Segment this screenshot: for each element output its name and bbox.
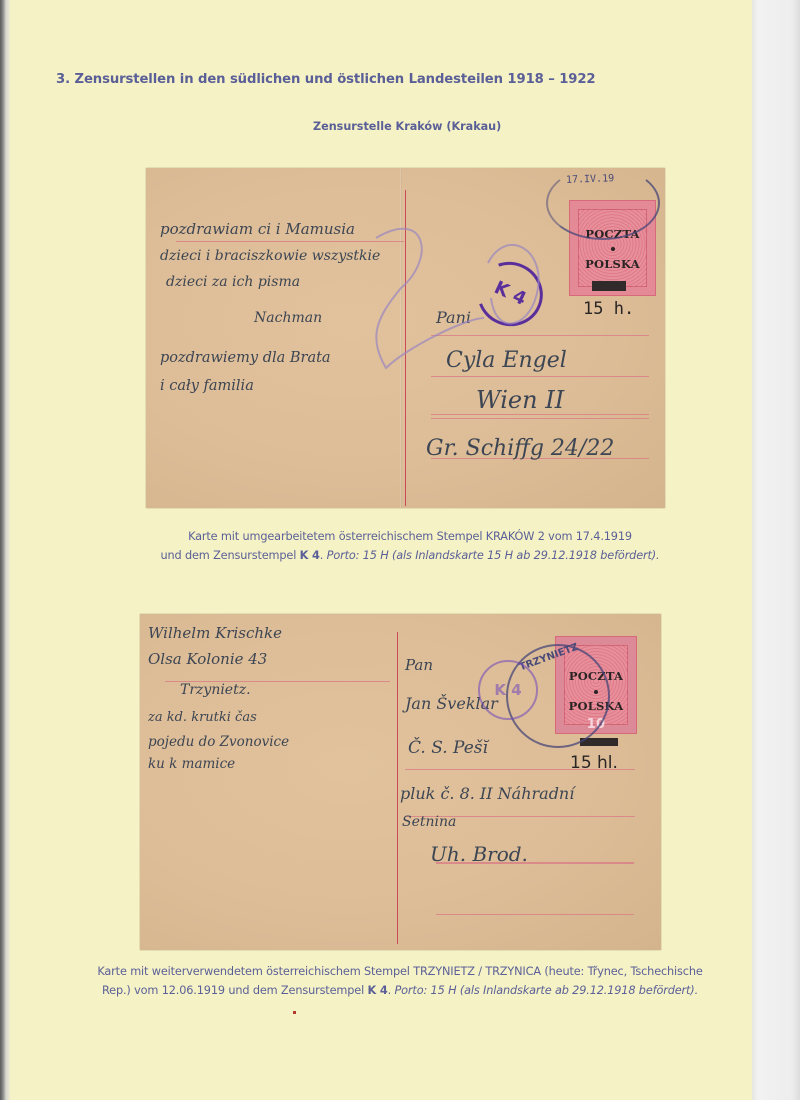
caption-line: Karte mit weiterverwendetem österreichis… bbox=[60, 962, 740, 981]
subtitle: Zensurstelle Kraków (Krakau) bbox=[313, 120, 501, 133]
address-line: pluk č. 8. II Náhradní bbox=[400, 784, 574, 803]
message-line: za kd. krutki čas bbox=[148, 710, 257, 725]
address-line: Pan bbox=[405, 656, 433, 674]
page-speck bbox=[293, 1011, 296, 1014]
ruling-line bbox=[436, 914, 634, 915]
caption-line: Rep.) vom 12.06.1919 und dem Zensurstemp… bbox=[60, 981, 740, 1000]
stamp-surcharge: 15 hl. bbox=[570, 753, 618, 773]
manuscript-marking bbox=[146, 168, 665, 508]
caption-krakow: Karte mit umgearbeitetem österreichische… bbox=[140, 527, 680, 565]
caption-line: und dem Zensurstempel K 4. Porto: 15 H (… bbox=[140, 546, 680, 565]
censor-stamp-k4: K 4 bbox=[478, 660, 538, 720]
caption-trzynietz: Karte mit weiterverwendetem österreichis… bbox=[60, 962, 740, 1000]
sender-line: Wilhelm Krischke bbox=[148, 624, 282, 642]
postcard-trzynietz: Wilhelm Krischke Olsa Kolonie 43 Trzynie… bbox=[140, 614, 661, 950]
message-line: Trzynietz. bbox=[180, 682, 251, 698]
address-line: Setnina bbox=[402, 814, 456, 830]
sender-line: Olsa Kolonie 43 bbox=[148, 650, 267, 668]
caption-line: Karte mit umgearbeitetem österreichische… bbox=[140, 527, 680, 546]
address-line: Uh. Brod. bbox=[430, 842, 528, 866]
postcard-krakow: pozdrawiam ci i Mamusia dzieci i bracisz… bbox=[146, 168, 665, 508]
message-line: pojedu do Zvonovice bbox=[148, 734, 289, 750]
address-line: Č. S. Pešĭ bbox=[408, 738, 488, 758]
section-title: 3. Zensurstellen in den südlichen und ös… bbox=[56, 72, 596, 87]
scan-edge-right bbox=[752, 0, 800, 1100]
message-line: ku k mamice bbox=[148, 756, 235, 772]
card-divider bbox=[397, 632, 398, 944]
scan-edge-left bbox=[0, 0, 10, 1100]
